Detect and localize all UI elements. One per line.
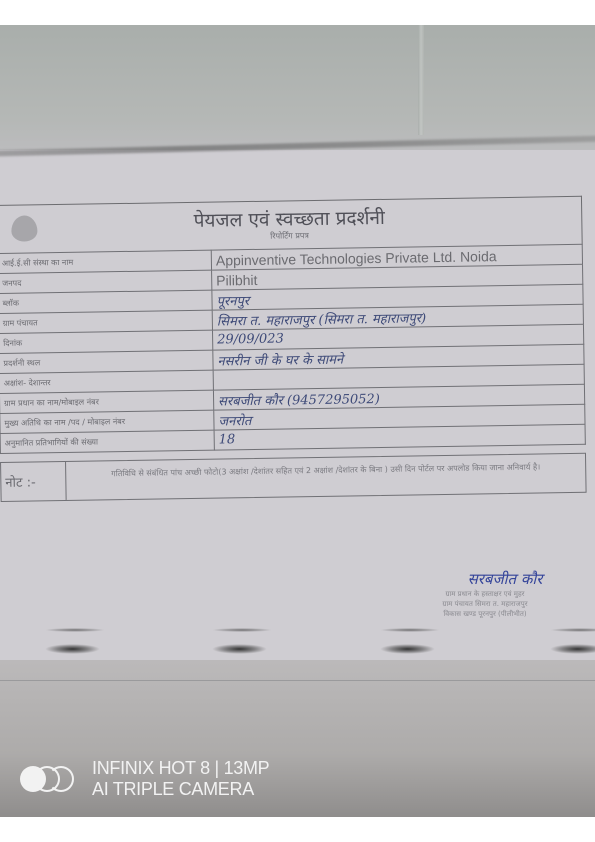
seal-line: ग्राम प्रधान के हस्ताक्षर एवं मुहर [395, 589, 575, 599]
field-label: अनुमानित प्रतिभागियों की संख्या [0, 430, 214, 453]
form-header: पेयजल एवं स्वच्छता प्रदर्शनी रिपोर्टिंग … [0, 196, 583, 253]
watermark-line-1: INFINIX HOT 8 | 13MP [92, 758, 269, 779]
ink-bleed [550, 644, 595, 654]
camera-watermark: INFINIX HOT 8 | 13MP AI TRIPLE CAMERA [20, 758, 269, 800]
ink-bleed [45, 628, 105, 632]
ink-bleed [380, 628, 440, 632]
signature-block: सरबजीत कौर ग्राम प्रधान के हस्ताक्षर एवं… [395, 569, 575, 619]
ink-bleed [212, 644, 267, 654]
seal-line: ग्राम पंचायत सिमरा त. महाराजपुर [395, 599, 575, 609]
ink-bleed [212, 628, 272, 632]
seal-line: विकास खण्ड पूरनपुर (पीलीभीत) [395, 609, 575, 619]
paper-bottom-edge [0, 680, 595, 681]
ink-bleed [45, 644, 100, 654]
note-label: नोट :- [1, 462, 67, 501]
triple-camera-icon [20, 764, 80, 794]
ink-bleed [380, 644, 435, 654]
wall-crease [418, 25, 424, 135]
document-photo: पेयजल एवं स्वच्छता प्रदर्शनी रिपोर्टिंग … [0, 25, 595, 817]
reporting-form: पेयजल एवं स्वच्छता प्रदर्शनी रिपोर्टिंग … [0, 196, 587, 502]
handwritten-signature: सरबजीत कौर [435, 569, 575, 589]
form-table: आई.ई.सी संस्था का नामAppinventive Techno… [0, 244, 586, 454]
watermark-line-2: AI TRIPLE CAMERA [92, 779, 269, 800]
note-text: गतिविधि से संबंधित पांच अच्छी फोटो(3 अक्… [66, 454, 586, 500]
ink-bleed [550, 628, 595, 632]
